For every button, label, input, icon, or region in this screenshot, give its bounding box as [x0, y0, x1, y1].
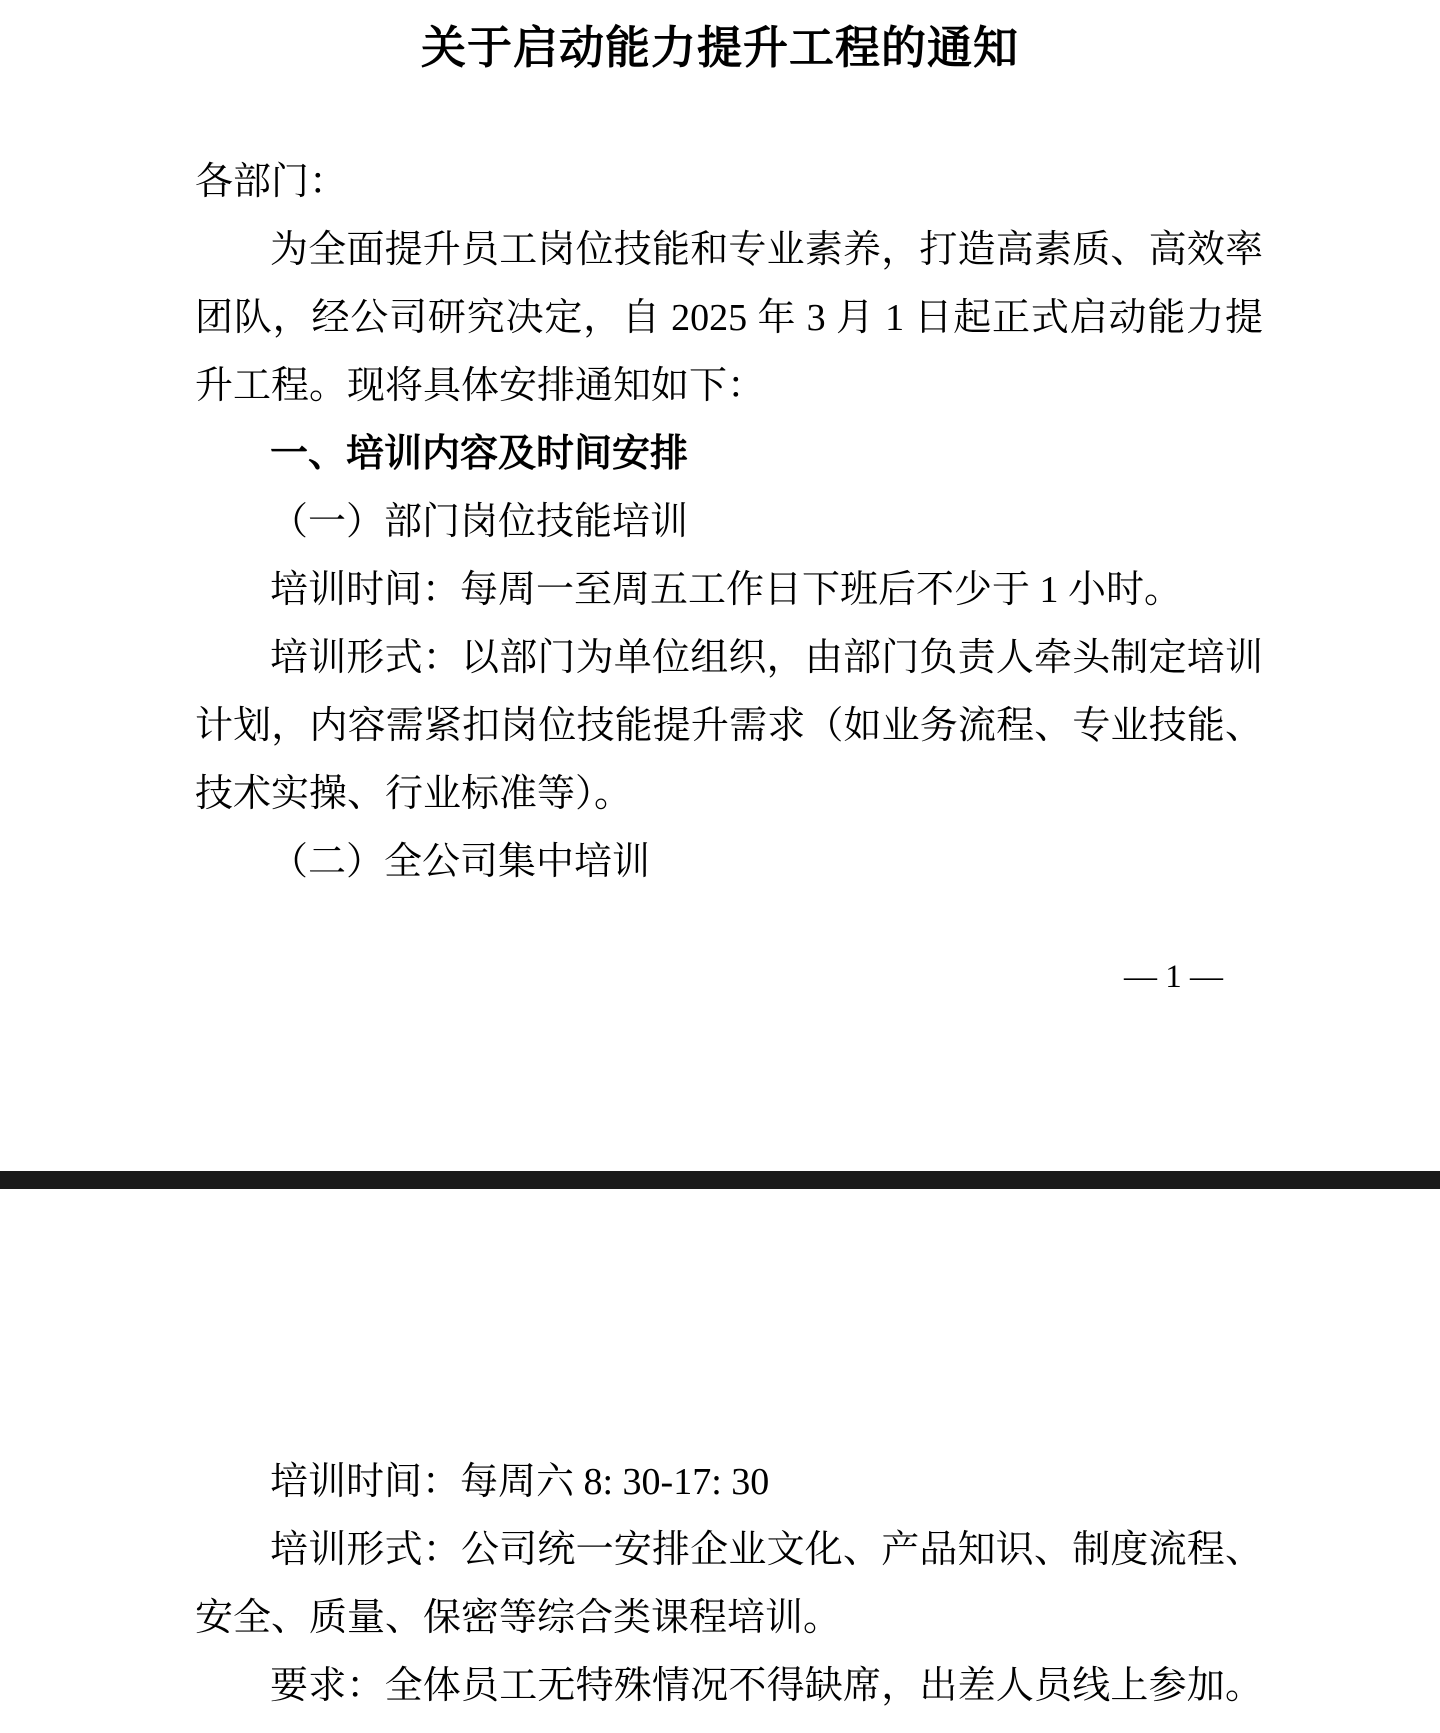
paragraph-line: 培训形式：以部门为单位组织，由部门负责人牵头制定培训 [195, 624, 1263, 692]
salutation-line: 各部门： [195, 148, 1263, 216]
paragraph-line: 安全、质量、保密等综合类课程培训。 [195, 1584, 1263, 1652]
page1-body: 各部门： 为全面提升员工岗位技能和专业素养，打造高素质、高效率 团队，经公司研究… [195, 148, 1263, 896]
paragraph-line: 培训时间：每周六 8: 30-17: 30 [195, 1448, 1263, 1516]
paragraph-line: 团队，经公司研究决定，自 2025 年 3 月 1 日起正式启动能力提 [195, 284, 1263, 352]
document-title: 关于启动能力提升工程的通知 [0, 18, 1440, 78]
page-separator [0, 1171, 1440, 1189]
section-heading: 一、培训内容及时间安排 [195, 420, 1263, 488]
paragraph-line: 技术实操、行业标准等）。 [195, 760, 1263, 828]
document-page-2: 培训时间：每周六 8: 30-17: 30 培训形式：公司统一安排企业文化、产品… [0, 1189, 1440, 1733]
page2-body: 培训时间：每周六 8: 30-17: 30 培训形式：公司统一安排企业文化、产品… [195, 1448, 1263, 1720]
paragraph-line: 培训时间：每周一至周五工作日下班后不少于 1 小时。 [195, 556, 1263, 624]
page-number: — 1 — [1124, 956, 1223, 998]
document-page-1: 关于启动能力提升工程的通知 各部门： 为全面提升员工岗位技能和专业素养，打造高素… [0, 0, 1440, 1171]
document-viewer: { "colors": { "page_background": "#fffff… [0, 0, 1440, 1733]
paragraph-line: 要求：全体员工无特殊情况不得缺席，出差人员线上参加。 [195, 1652, 1263, 1720]
subsection-heading: （二）全公司集中培训 [195, 828, 1263, 896]
paragraph-line: 培训形式：公司统一安排企业文化、产品知识、制度流程、 [195, 1516, 1263, 1584]
paragraph-line: 升工程。现将具体安排通知如下： [195, 352, 1263, 420]
subsection-heading: （一）部门岗位技能培训 [195, 488, 1263, 556]
paragraph-line: 为全面提升员工岗位技能和专业素养，打造高素质、高效率 [195, 216, 1263, 284]
paragraph-line: 计划，内容需紧扣岗位技能提升需求（如业务流程、专业技能、 [195, 692, 1263, 760]
